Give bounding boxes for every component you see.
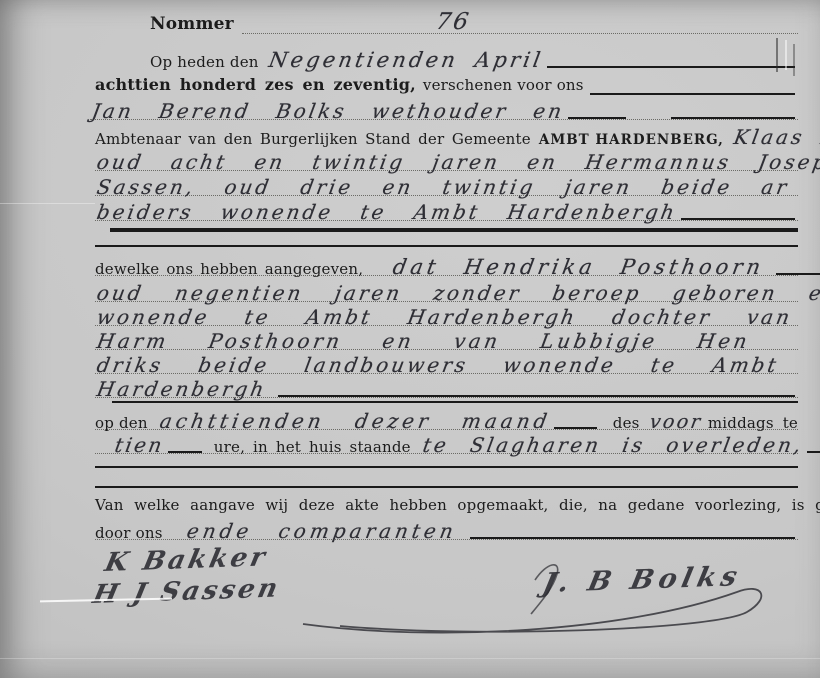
signature-bakker: K Bakker bbox=[102, 542, 270, 578]
nommer-row: Nommer 76 bbox=[150, 14, 798, 40]
middags-te-label: middags te bbox=[708, 414, 798, 432]
nommer-field: 76 bbox=[242, 11, 798, 34]
handwriting-line: wonende te Ambt Hardenbergh dochter van bbox=[95, 305, 794, 329]
handwriting-line: beiders wonende te Ambt Hardenbergh bbox=[95, 200, 679, 224]
bottom-shading bbox=[0, 640, 820, 678]
handwriting-line: Harm Posthoorn en van Lubbigje Hen bbox=[95, 329, 752, 353]
fill-dash bbox=[554, 426, 597, 429]
scan-scratch-vertical bbox=[785, 40, 787, 70]
deceased-line2: oud negentien jaren zonder beroep gebore… bbox=[95, 281, 798, 307]
death-place-row: tien ure, in het huis staande te Slaghar… bbox=[95, 433, 798, 459]
bottom-rule-1 bbox=[95, 466, 798, 468]
ambtenaar-row: Ambtenaar van den Burgerlijken Stand der… bbox=[95, 125, 810, 151]
death-date-handwriting: achttienden dezer maand bbox=[158, 409, 553, 433]
divider-rule-thick bbox=[110, 228, 798, 232]
fill-line bbox=[547, 65, 795, 68]
fill-dash bbox=[681, 217, 795, 220]
fill-dash bbox=[168, 450, 202, 453]
verschenen-label: verschenen voor ons bbox=[423, 76, 584, 94]
divider-rule-thin bbox=[95, 245, 798, 247]
deceased-line6: Hardenbergh bbox=[95, 377, 798, 403]
deceased-line5: driks beide landbouwers wonende te Ambt bbox=[95, 353, 798, 379]
scan-mark-vertical-2 bbox=[793, 44, 795, 76]
fill-dash bbox=[568, 116, 626, 119]
death-certificate-scan: Nommer 76 Op heden den Negentienden Apri… bbox=[0, 0, 820, 678]
fill-dash bbox=[776, 272, 820, 275]
handwriting-line: oud acht en twintig jaren en Hermannus J… bbox=[95, 150, 820, 174]
bottom-rule-2 bbox=[95, 486, 798, 488]
closing-handwriting: ende comparanten bbox=[185, 519, 459, 543]
place-handwriting: te Slagharen is overleden, bbox=[421, 433, 806, 457]
closing-text: Van welke aangave wij deze akte hebben o… bbox=[95, 496, 820, 514]
handwriting-line: Hardenbergh bbox=[95, 377, 269, 401]
fill-dash bbox=[278, 394, 795, 397]
fill-line bbox=[590, 92, 795, 95]
daypart-handwriting: voor bbox=[648, 411, 704, 433]
scan-mark-vertical-1 bbox=[776, 38, 778, 72]
death-date-row: op den achttienden dezer maand des voor … bbox=[95, 409, 798, 435]
handwriting-line: oud negentien jaren zonder beroep gebore… bbox=[95, 281, 820, 305]
nommer-value: 76 bbox=[434, 9, 473, 35]
op-den-label: op den bbox=[95, 414, 148, 432]
declarants-line3: Sassen, oud drie en twintig jaren beide … bbox=[95, 175, 798, 201]
declarants-line2: oud acht en twintig jaren en Hermannus J… bbox=[95, 150, 798, 176]
ambtenaar-label: Ambtenaar van den Burgerlijken Stand der… bbox=[95, 130, 531, 148]
handwriting-line: Sassen, oud drie en twintig jaren beide … bbox=[95, 175, 791, 199]
declarants-line4: beiders wonende te Ambt Hardenbergh bbox=[95, 200, 798, 226]
year-row: achttien honderd zes en zeventig, versch… bbox=[95, 75, 798, 101]
op-heden-den-label: Op heden den bbox=[150, 53, 259, 71]
date-row: Op heden den Negentienden April bbox=[150, 48, 798, 74]
section-rule bbox=[112, 401, 798, 403]
handwriting-line: driks beide landbouwers wonende te Ambt bbox=[95, 353, 781, 377]
deceased-line3: wonende te Ambt Hardenbergh dochter van bbox=[95, 305, 798, 331]
gemeente-label: AMBT HARDENBERG, bbox=[539, 132, 724, 148]
fill-line bbox=[470, 536, 795, 539]
dewelke-label: dewelke ons hebben aangegeven, bbox=[95, 260, 363, 278]
fill-dash bbox=[807, 450, 820, 453]
deceased-handwriting: dat Hendrika Posthoorn bbox=[391, 255, 766, 279]
year-printed: achttien honderd zes en zeventig, bbox=[95, 75, 416, 94]
nommer-label: Nommer bbox=[150, 14, 234, 34]
closing-row-2: door ons ende comparanten bbox=[95, 519, 798, 545]
deceased-line4: Harm Posthoorn en van Lubbigje Hen bbox=[95, 329, 798, 355]
official-handwriting: Jan Berend Bolks wethouder en bbox=[90, 99, 566, 123]
paper-crease-1 bbox=[0, 203, 95, 204]
dewelke-row: dewelke ons hebben aangegeven, dat Hendr… bbox=[95, 255, 798, 281]
des-label: des bbox=[613, 414, 640, 432]
signature-flourish bbox=[285, 558, 790, 653]
official-row: Jan Berend Bolks wethouder en bbox=[90, 99, 798, 125]
ure-label: ure, in het huis staande bbox=[214, 438, 411, 456]
fill-dash bbox=[671, 116, 795, 119]
declarant1-handwriting: Klaas Bakker bbox=[732, 125, 820, 149]
date-handwriting: Negentienden April bbox=[267, 48, 545, 72]
door-ons-label: door ons bbox=[95, 524, 163, 542]
signature-sassen: H J Sassen bbox=[90, 574, 283, 610]
hour-handwriting: tien bbox=[113, 433, 166, 457]
